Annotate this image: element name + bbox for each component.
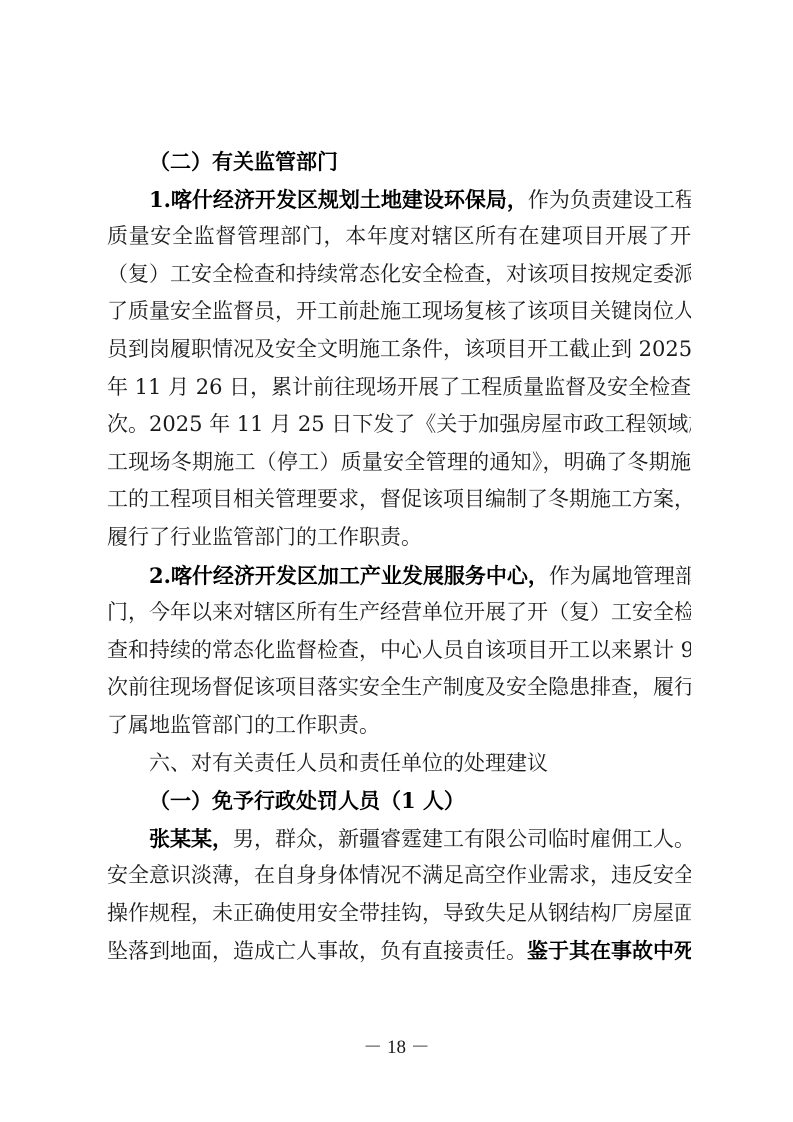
item1-line: 履行了行业监管部门的工作职责。: [107, 519, 691, 557]
page-number: － 18 －: [0, 1032, 793, 1059]
item1-line: 年 11 月 26 日，累计前往现场开展了工程质量监督及安全检查 8: [107, 369, 691, 407]
item1-text: 作为负责建设工程: [528, 188, 691, 212]
person-name: 张某某，: [149, 826, 233, 851]
item1-line: 工的工程项目相关管理要求，督促该项目编制了冬期施工方案，: [107, 481, 691, 519]
item2-line: 门，今年以来对辖区所有生产经营单位开展了开（复）工安全检: [107, 594, 691, 632]
item1-line: 了质量安全监督员，开工前赴施工现场复核了该项目关键岗位人: [107, 293, 691, 331]
subsection-heading: （一）免予行政处罚人员（1 人）: [107, 782, 691, 820]
person-text: 坠落到地面，造成亡人事故，负有直接责任。: [107, 939, 527, 963]
item2-line: 了属地监管部门的工作职责。: [107, 707, 691, 745]
chapter-heading: 六、对有关责任人员和责任单位的处理建议: [107, 745, 691, 783]
item1-line: （复）工安全检查和持续常态化安全检查，对该项目按规定委派: [107, 256, 691, 294]
person-text: 男，群众，新疆睿霆建工有限公司临时雇佣工人。: [233, 827, 691, 851]
item2-line: 次前往现场督促该项目落实安全生产制度及安全隐患排查，履行: [107, 669, 691, 707]
person-line: 安全意识淡薄，在自身身体情况不满足高空作业需求，违反安全: [107, 857, 691, 895]
item2-first-line: 2.喀什经济开发区加工产业发展服务中心，作为属地管理部: [107, 557, 691, 595]
item2-title: 2.喀什经济开发区加工产业发展服务中心，: [149, 563, 549, 588]
item2-line: 查和持续的常态化监督检查，中心人员自该项目开工以来累计 9: [107, 632, 691, 670]
section-heading: （二）有关监管部门: [107, 143, 691, 181]
item1-line: 质量安全监督管理部门，本年度对辖区所有在建项目开展了开: [107, 218, 691, 256]
document-page: （二）有关监管部门 1.喀什经济开发区规划土地建设环保局，作为负责建设工程 质量…: [107, 143, 691, 970]
item1-line: 次。2025 年 11 月 25 日下发了《关于加强房屋市政工程领域施: [107, 406, 691, 444]
person-last-line: 坠落到地面，造成亡人事故，负有直接责任。鉴于其在事故中死: [107, 932, 691, 970]
item1-line: 员到岗履职情况及安全文明施工条件，该项目开工截止到 2025: [107, 331, 691, 369]
person-line: 操作规程，未正确使用安全带挂钩，导致失足从钢结构厂房屋面: [107, 895, 691, 933]
person-first-line: 张某某，男，群众，新疆睿霆建工有限公司临时雇佣工人。: [107, 820, 691, 858]
item1-title: 1.喀什经济开发区规划土地建设环保局，: [149, 187, 528, 212]
item2-text: 作为属地管理部: [549, 564, 691, 588]
item1-first-line: 1.喀什经济开发区规划土地建设环保局，作为负责建设工程: [107, 181, 691, 219]
item1-line: 工现场冬期施工（停工）质量安全管理的通知》，明确了冬期施: [107, 444, 691, 482]
person-bold-tail: 鉴于其在事故中死: [527, 938, 691, 963]
